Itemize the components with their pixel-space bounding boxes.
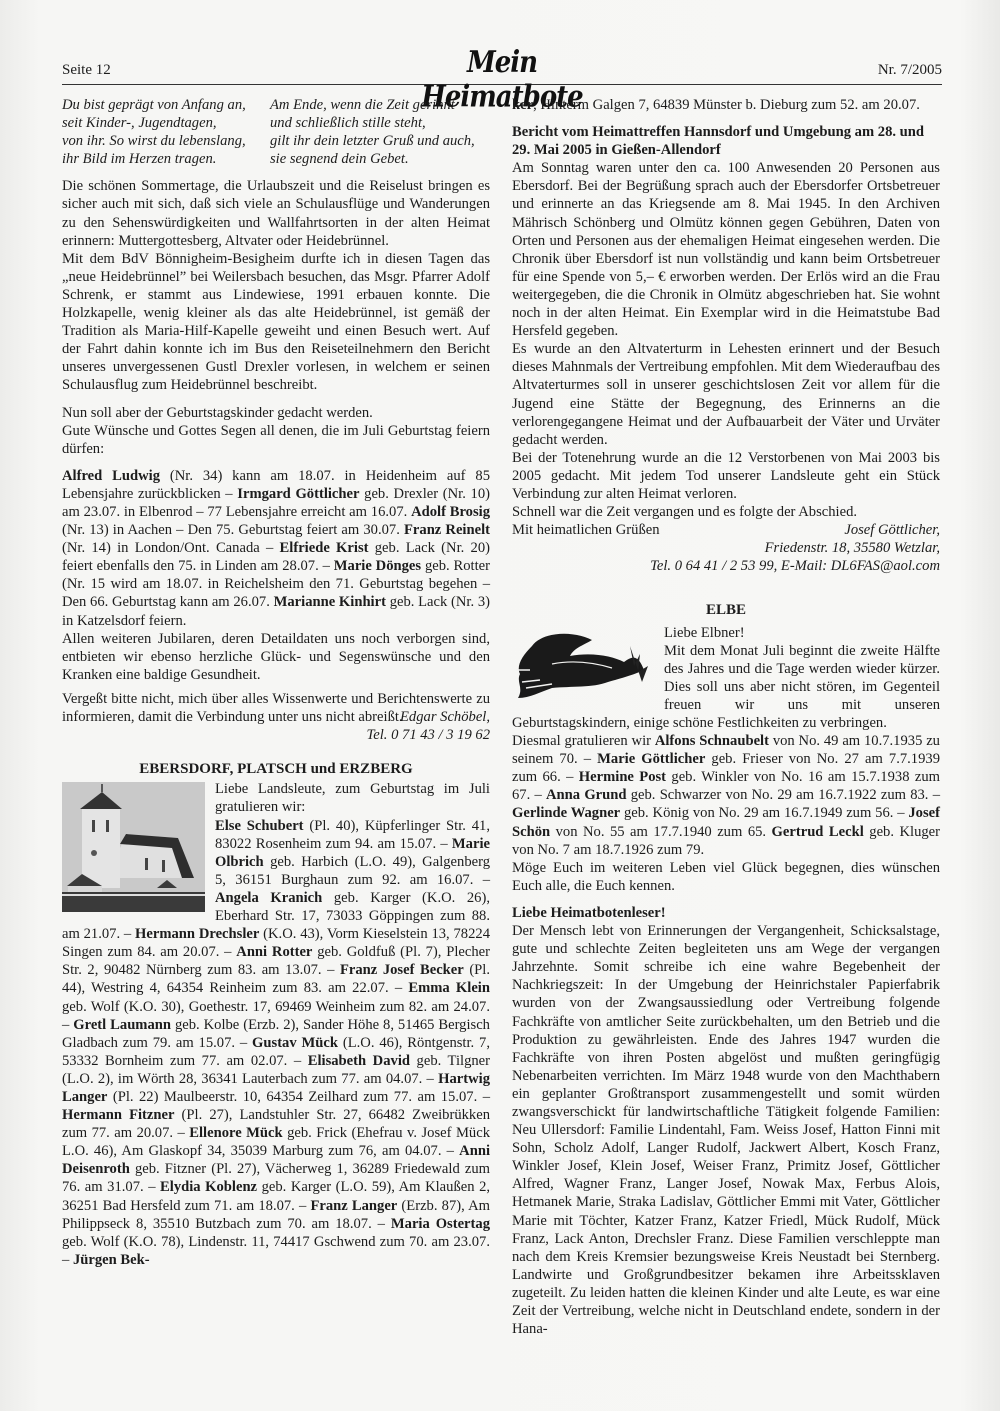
person-name: Gretl Laumann: [73, 1017, 171, 1033]
person-name: Gustav Mück: [252, 1035, 338, 1051]
poem-line: seit Kinder-, Jugendtagen,: [62, 114, 270, 132]
person-name: Elydia Koblenz: [160, 1179, 257, 1195]
elbe-wish: Möge Euch im weiteren Leben viel Glück b…: [512, 859, 940, 895]
paragraph-heidebruennel: Mit dem BdV Bönnigheim-Besigheim durfte …: [62, 250, 490, 395]
issue-number: Nr. 7/2005: [878, 62, 942, 79]
person-name: Elisabeth David: [308, 1053, 410, 1069]
person-name: Maria Ostertag: [391, 1216, 490, 1232]
readers-text: Der Mensch lebt von Erinnerungen der Ver…: [512, 922, 940, 1338]
person-name: Else Schubert: [215, 818, 304, 834]
readers-title: Liebe Heimatbotenleser!: [512, 904, 940, 922]
section-title-elbe: ELBE: [512, 601, 940, 619]
paragraph-jubilare: Allen weiteren Jubilaren, deren Detailda…: [62, 630, 490, 684]
left-column: Du bist geprägt von Anfang an, Am Ende, …: [62, 96, 490, 1269]
report-paragraph: Schnell war die Zeit vergangen und es fo…: [512, 503, 940, 521]
signature-contact: Tel. 0 64 41 / 2 53 99, E-Mail: DL6FAS@a…: [512, 557, 940, 575]
person-name: Franz Langer: [310, 1198, 397, 1214]
page-number: Seite 12: [62, 62, 111, 79]
person-name: Franz Reinelt: [404, 522, 490, 538]
elbe-birthday-list: Diesmal gratulieren wir Alfons Schnaubel…: [512, 732, 940, 859]
newspaper-page: Seite 12 Mein Heimatbote Nr. 7/2005 Du b…: [0, 0, 1000, 1411]
paragraph-intro: Nun soll aber der Geburtstagskinder geda…: [62, 404, 490, 422]
person-name: Jürgen Bek-: [73, 1252, 150, 1268]
poem-line: und schließlich stille steht,: [270, 114, 490, 132]
person-name: Hermann Drechsler: [135, 926, 259, 942]
person-name: Irmgard Göttlicher: [237, 486, 359, 502]
birthday-list: Alfred Ludwig (Nr. 34) kann am 18.07. in…: [62, 467, 490, 630]
poem-line: gilt ihr dein letzter Gruß und auch,: [270, 132, 490, 150]
signature-row: Mit heimatlichen Grüßen Josef Göttlicher…: [512, 521, 940, 539]
page-header: Seite 12 Mein Heimatbote Nr. 7/2005: [62, 52, 942, 85]
poem-line: sie segnend dein Gebet.: [270, 150, 490, 168]
greeting: Mit heimatlichen Grüßen: [512, 521, 660, 539]
person-name: Adolf Brosig: [411, 504, 490, 520]
person-name: Emma Klein: [408, 980, 490, 996]
poem-line: Am Ende, wenn die Zeit gerinnt: [270, 96, 490, 114]
church-photo: [62, 782, 205, 912]
poem-line: Du bist geprägt von Anfang an,: [62, 96, 270, 114]
person-name: Alfred Ludwig: [62, 468, 160, 484]
person-name: Elfriede Krist: [280, 540, 369, 556]
person-name: Anna Grund: [546, 787, 626, 803]
person-name: Ellenore Mück: [189, 1125, 282, 1141]
person-name: Gertrud Leckl: [772, 824, 864, 840]
poem-line: ihr Bild im Herzen tragen.: [62, 150, 270, 168]
paragraph-wishes: Gute Wünsche und Gottes Segen all denen,…: [62, 422, 490, 458]
person-name: ker: [512, 97, 533, 113]
right-column: ker, Hinterm Galgen 7, 64839 Münster b. …: [512, 96, 940, 1338]
person-name: Gerlinde Wagner: [512, 805, 620, 821]
continued-entry: ker, Hinterm Galgen 7, 64839 Münster b. …: [512, 96, 940, 114]
report-title: Bericht vom Heimattreffen Hannsdorf und …: [512, 123, 940, 159]
report-paragraph: Am Sonntag waren unter den ca. 100 Anwes…: [512, 159, 940, 340]
person-name: Alfons Schnaubelt: [655, 733, 769, 749]
person-name: Hermine Post: [579, 769, 666, 785]
person-name: Marianne Kinhirt: [274, 594, 386, 610]
person-name: Angela Kranich: [215, 890, 322, 906]
person-name: Marie Dönges: [334, 558, 421, 574]
report-paragraph: Es wurde an den Altvaterturm in Lehesten…: [512, 340, 940, 449]
paragraph-summer: Die schönen Sommertage, die Urlaubszeit …: [62, 177, 490, 249]
signature-name: Josef Göttlicher,: [844, 521, 940, 539]
signature-phone: Tel. 0 71 43 / 3 19 62: [62, 726, 490, 744]
poem-line: von ihr. So wirst du lebenslang,: [62, 132, 270, 150]
person-name: Marie Göttlicher: [597, 751, 705, 767]
signature-address: Friedenstr. 18, 35580 Wetzlar,: [512, 539, 940, 557]
person-name: Hermann Fitzner: [62, 1107, 174, 1123]
landscape-illustration: [512, 626, 652, 700]
person-name: Anni Rotter: [236, 944, 312, 960]
section-title-ebersdorf: EBERSDORF, PLATSCH und ERZBERG: [62, 760, 490, 778]
person-name: Franz Josef Becker: [340, 962, 464, 978]
poem: Du bist geprägt von Anfang an, Am Ende, …: [62, 96, 490, 168]
report-paragraph: Bei der Totenehrung wurde an die 12 Vers…: [512, 449, 940, 503]
